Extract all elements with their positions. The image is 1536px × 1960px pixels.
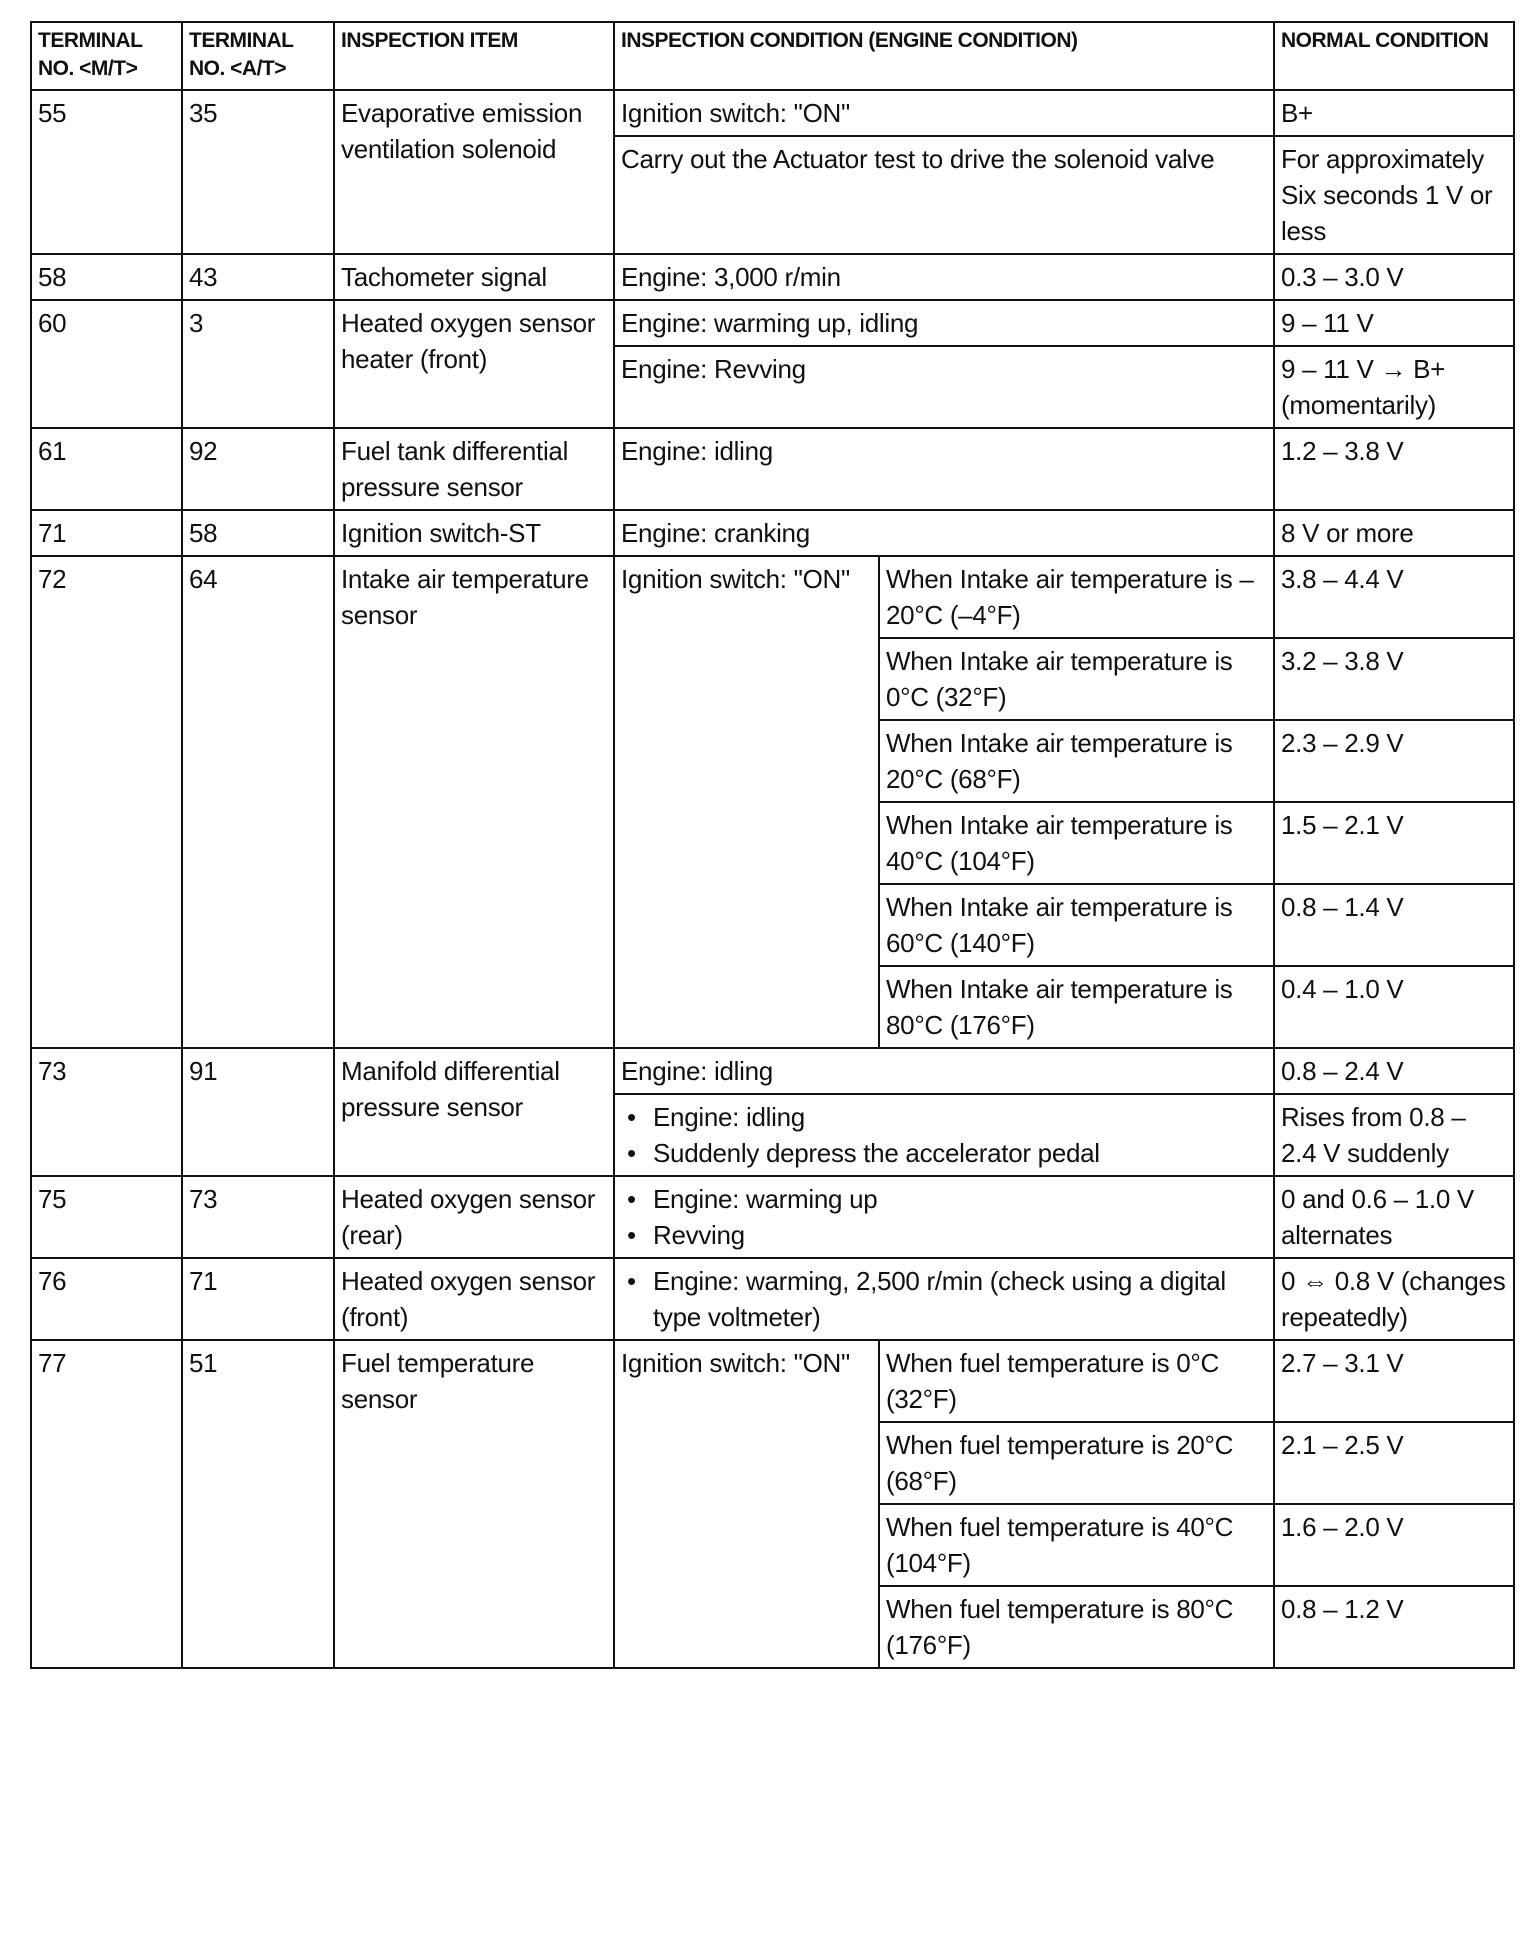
normal-condition-cell: 9 – 11 V → B+ (momentarily) — [1274, 346, 1514, 428]
header-terminal-at: TERMINAL NO. <A/T> — [182, 22, 334, 90]
condition-bullet-item: Engine: idling — [653, 1099, 1267, 1135]
inspection-condition-cell: Engine: idlingSuddenly depress the accel… — [614, 1094, 1274, 1176]
terminal-mt-cell: 55 — [31, 90, 182, 254]
normal-condition-cell: 2.3 – 2.9 V — [1274, 720, 1514, 802]
inspection-condition-cell: Engine: cranking — [614, 510, 1274, 556]
header-inspection-condition: INSPECTION CONDITION (ENGINE CONDITION) — [614, 22, 1274, 90]
inspection-item-cell: Heated oxygen sensor heater (front) — [334, 300, 614, 428]
header-terminal-mt: TERMINAL NO. <M/T> — [31, 22, 182, 90]
normal-condition-cell: Rises from 0.8 – 2.4 V suddenly — [1274, 1094, 1514, 1176]
table-row: 603Heated oxygen sensor heater (front)En… — [31, 300, 1514, 346]
terminal-at-cell: 71 — [182, 1258, 334, 1340]
inspection-condition-cell: Engine: warming upRevving — [614, 1176, 1274, 1258]
terminal-inspection-table: TERMINAL NO. <M/T> TERMINAL NO. <A/T> IN… — [30, 21, 1515, 1669]
header-inspection-item: INSPECTION ITEM — [334, 22, 614, 90]
condition-bullet-list: Engine: warming, 2,500 r/min (check usin… — [621, 1263, 1267, 1335]
terminal-mt-cell: 72 — [31, 556, 182, 1048]
sub-condition-cell: When Intake air temperature is 40°C (104… — [879, 802, 1274, 884]
normal-condition-cell: 2.1 – 2.5 V — [1274, 1422, 1514, 1504]
main-condition-cell: Ignition switch: "ON" — [614, 556, 879, 1048]
terminal-at-cell: 91 — [182, 1048, 334, 1176]
sub-condition-cell: When Intake air temperature is 60°C (140… — [879, 884, 1274, 966]
normal-condition-cell: B+ — [1274, 90, 1514, 136]
sub-condition-cell: When fuel temperature is 80°C (176°F) — [879, 1586, 1274, 1668]
inspection-item-cell: Manifold differential pressure sensor — [334, 1048, 614, 1176]
inspection-condition-cell: Engine: warming up, idling — [614, 300, 1274, 346]
sub-condition-cell: When Intake air temperature is 0°C (32°F… — [879, 638, 1274, 720]
inspection-item-cell: Intake air temperature sensor — [334, 556, 614, 1048]
condition-bullet-list: Engine: warming upRevving — [621, 1181, 1267, 1253]
terminal-at-cell: 43 — [182, 254, 334, 300]
condition-bullet-item: Engine: warming, 2,500 r/min (check usin… — [653, 1263, 1267, 1335]
table-row: 7391Manifold differential pressure senso… — [31, 1048, 1514, 1094]
inspection-item-cell: Fuel temperature sensor — [334, 1340, 614, 1668]
condition-bullet-item: Suddenly depress the accelerator pedal — [653, 1135, 1267, 1171]
condition-bullet-item: Revving — [653, 1217, 1267, 1253]
normal-condition-cell: For approximately Six seconds 1 V or les… — [1274, 136, 1514, 254]
inspection-item-cell: Heated oxygen sensor (rear) — [334, 1176, 614, 1258]
header-row: TERMINAL NO. <M/T> TERMINAL NO. <A/T> IN… — [31, 22, 1514, 90]
normal-condition-cell: 2.7 – 3.1 V — [1274, 1340, 1514, 1422]
inspection-condition-cell: Carry out the Actuator test to drive the… — [614, 136, 1274, 254]
inspection-condition-cell: Engine: Revving — [614, 346, 1274, 428]
normal-condition-cell: 3.2 – 3.8 V — [1274, 638, 1514, 720]
normal-condition-cell: 0 and 0.6 – 1.0 V alternates — [1274, 1176, 1514, 1258]
main-condition-cell: Ignition switch: "ON" — [614, 1340, 879, 1668]
sub-condition-cell: When fuel temperature is 40°C (104°F) — [879, 1504, 1274, 1586]
sub-condition-cell: When fuel temperature is 20°C (68°F) — [879, 1422, 1274, 1504]
terminal-at-cell: 73 — [182, 1176, 334, 1258]
normal-condition-cell: 0.8 – 1.4 V — [1274, 884, 1514, 966]
sub-condition-cell: When Intake air temperature is 80°C (176… — [879, 966, 1274, 1048]
table-row: 7158Ignition switch-STEngine: cranking8 … — [31, 510, 1514, 556]
terminal-mt-cell: 60 — [31, 300, 182, 428]
normal-condition-cell: 1.6 – 2.0 V — [1274, 1504, 1514, 1586]
normal-condition-cell: 0.3 – 3.0 V — [1274, 254, 1514, 300]
table-row: 7573Heated oxygen sensor (rear)Engine: w… — [31, 1176, 1514, 1258]
terminal-at-cell: 92 — [182, 428, 334, 510]
terminal-mt-cell: 58 — [31, 254, 182, 300]
table-row: 7671Heated oxygen sensor (front)Engine: … — [31, 1258, 1514, 1340]
normal-condition-cell: 0.8 – 1.2 V — [1274, 1586, 1514, 1668]
terminal-at-cell: 51 — [182, 1340, 334, 1668]
terminal-mt-cell: 73 — [31, 1048, 182, 1176]
inspection-item-cell: Fuel tank differential pressure sensor — [334, 428, 614, 510]
inspection-condition-cell: Engine: idling — [614, 428, 1274, 510]
inspection-condition-cell: Engine: warming, 2,500 r/min (check usin… — [614, 1258, 1274, 1340]
sub-condition-cell: When Intake air temperature is 20°C (68°… — [879, 720, 1274, 802]
normal-condition-cell: 1.2 – 3.8 V — [1274, 428, 1514, 510]
inspection-condition-cell: Engine: idling — [614, 1048, 1274, 1094]
normal-condition-cell: 1.5 – 2.1 V — [1274, 802, 1514, 884]
terminal-at-cell: 64 — [182, 556, 334, 1048]
terminal-at-cell: 35 — [182, 90, 334, 254]
normal-condition-cell: 0 ⇔ 0.8 V (changes repeatedly) — [1274, 1258, 1514, 1340]
table-row: 5535Evaporative emission ventilation sol… — [31, 90, 1514, 136]
normal-condition-cell: 0.8 – 2.4 V — [1274, 1048, 1514, 1094]
terminal-mt-cell: 71 — [31, 510, 182, 556]
table-row: 5843Tachometer signalEngine: 3,000 r/min… — [31, 254, 1514, 300]
sub-condition-cell: When Intake air temperature is –20°C (–4… — [879, 556, 1274, 638]
condition-bullet-item: Engine: warming up — [653, 1181, 1267, 1217]
inspection-item-cell: Heated oxygen sensor (front) — [334, 1258, 614, 1340]
inspection-item-cell: Tachometer signal — [334, 254, 614, 300]
normal-condition-cell: 3.8 – 4.4 V — [1274, 556, 1514, 638]
condition-bullet-list: Engine: idlingSuddenly depress the accel… — [621, 1099, 1267, 1171]
terminal-at-cell: 3 — [182, 300, 334, 428]
inspection-item-cell: Ignition switch-ST — [334, 510, 614, 556]
terminal-mt-cell: 75 — [31, 1176, 182, 1258]
table-row: 6192Fuel tank differential pressure sens… — [31, 428, 1514, 510]
terminal-mt-cell: 61 — [31, 428, 182, 510]
inspection-item-cell: Evaporative emission ventilation solenoi… — [334, 90, 614, 254]
terminal-mt-cell: 76 — [31, 1258, 182, 1340]
inspection-condition-cell: Engine: 3,000 r/min — [614, 254, 1274, 300]
header-normal-condition: NORMAL CONDITION — [1274, 22, 1514, 90]
terminal-mt-cell: 77 — [31, 1340, 182, 1668]
sub-condition-cell: When fuel temperature is 0°C (32°F) — [879, 1340, 1274, 1422]
normal-condition-cell: 8 V or more — [1274, 510, 1514, 556]
normal-condition-cell: 9 – 11 V — [1274, 300, 1514, 346]
terminal-at-cell: 58 — [182, 510, 334, 556]
table-row: 7264Intake air temperature sensorIgnitio… — [31, 556, 1514, 638]
normal-condition-cell: 0.4 – 1.0 V — [1274, 966, 1514, 1048]
inspection-condition-cell: Ignition switch: "ON" — [614, 90, 1274, 136]
table-row: 7751Fuel temperature sensorIgnition swit… — [31, 1340, 1514, 1422]
